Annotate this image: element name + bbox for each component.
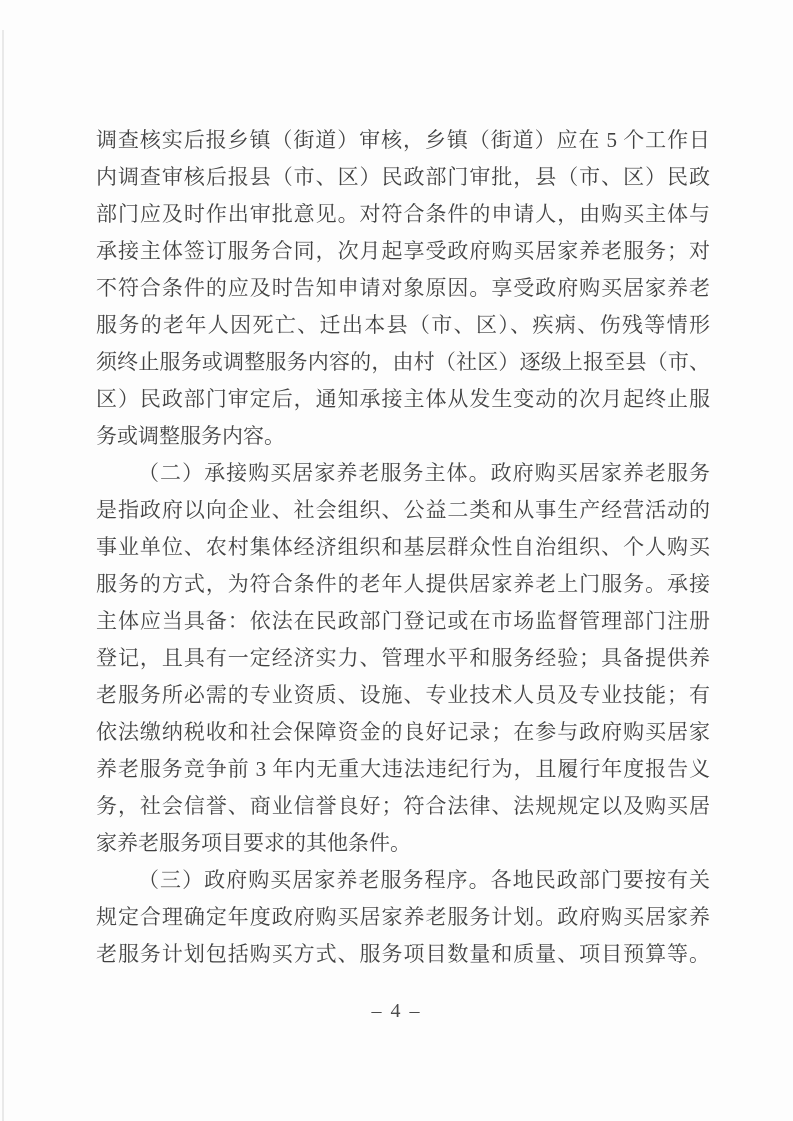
text-line: 老服务计划包括购买方式、服务项目数量和质量、项目预算等。 — [96, 936, 710, 973]
document-body: 调查核实后报乡镇（街道）审核，乡镇（街道）应在 5 个工作日内调查审核后报县（市… — [96, 122, 710, 973]
text-line: 家养老服务项目要求的其他条件。 — [96, 825, 710, 862]
text-line: 务或调整服务内容。 — [96, 418, 710, 455]
text-line: 须终止服务或调整服务内容的，由村（社区）逐级上报至县（市、 — [96, 344, 710, 381]
text-line: 是指政府以向企业、社会组织、公益二类和从事生产经营活动的 — [96, 492, 710, 529]
document-page: 调查核实后报乡镇（街道）审核，乡镇（街道）应在 5 个工作日内调查审核后报县（市… — [0, 0, 793, 1121]
text-line: 养老服务竞争前 3 年内无重大违法违纪行为，且履行年度报告义 — [96, 751, 710, 788]
text-line: 区）民政部门审定后，通知承接主体从发生变动的次月起终止服 — [96, 381, 710, 418]
text-line: （二）承接购买居家养老服务主体。政府购买居家养老服务 — [96, 455, 710, 492]
text-line: 登记，且具有一定经济实力、管理水平和服务经验；具备提供养 — [96, 640, 710, 677]
page-number: – 4 – — [372, 1000, 422, 1022]
paragraph-2: （二）承接购买居家养老服务主体。政府购买居家养老服务是指政府以向企业、社会组织、… — [96, 455, 710, 862]
page-footer: – 4 – — [0, 1000, 793, 1023]
scan-edge-artifact — [2, 30, 4, 1121]
text-line: （三）政府购买居家养老服务程序。各地民政部门要按有关 — [96, 862, 710, 899]
text-line: 规定合理确定年度政府购买居家养老服务计划。政府购买居家养 — [96, 899, 710, 936]
text-line: 老服务所必需的专业资质、设施、专业技术人员及专业技能；有 — [96, 677, 710, 714]
text-line: 服务的方式，为符合条件的老年人提供居家养老上门服务。承接 — [96, 566, 710, 603]
paragraph-1: 调查核实后报乡镇（街道）审核，乡镇（街道）应在 5 个工作日内调查审核后报县（市… — [96, 122, 710, 455]
text-line: 服务的老年人因死亡、迁出本县（市、区）、疾病、伤残等情形 — [96, 307, 710, 344]
text-line: 内调查审核后报县（市、区）民政部门审批，县（市、区）民政 — [96, 159, 710, 196]
text-line: 主体应当具备：依法在民政部门登记或在市场监督管理部门注册 — [96, 603, 710, 640]
text-line: 事业单位、农村集体经济组织和基层群众性自治组织、个人购买 — [96, 529, 710, 566]
text-line: 承接主体签订服务合同，次月起享受政府购买居家养老服务；对 — [96, 233, 710, 270]
text-line: 调查核实后报乡镇（街道）审核，乡镇（街道）应在 5 个工作日 — [96, 122, 710, 159]
text-line: 依法缴纳税收和社会保障资金的良好记录；在参与政府购买居家 — [96, 714, 710, 751]
paragraph-3: （三）政府购买居家养老服务程序。各地民政部门要按有关规定合理确定年度政府购买居家… — [96, 862, 710, 973]
text-line: 务，社会信誉、商业信誉良好；符合法律、法规规定以及购买居 — [96, 788, 710, 825]
text-line: 部门应及时作出审批意见。对符合条件的申请人，由购买主体与 — [96, 196, 710, 233]
text-line: 不符合条件的应及时告知申请对象原因。享受政府购买居家养老 — [96, 270, 710, 307]
